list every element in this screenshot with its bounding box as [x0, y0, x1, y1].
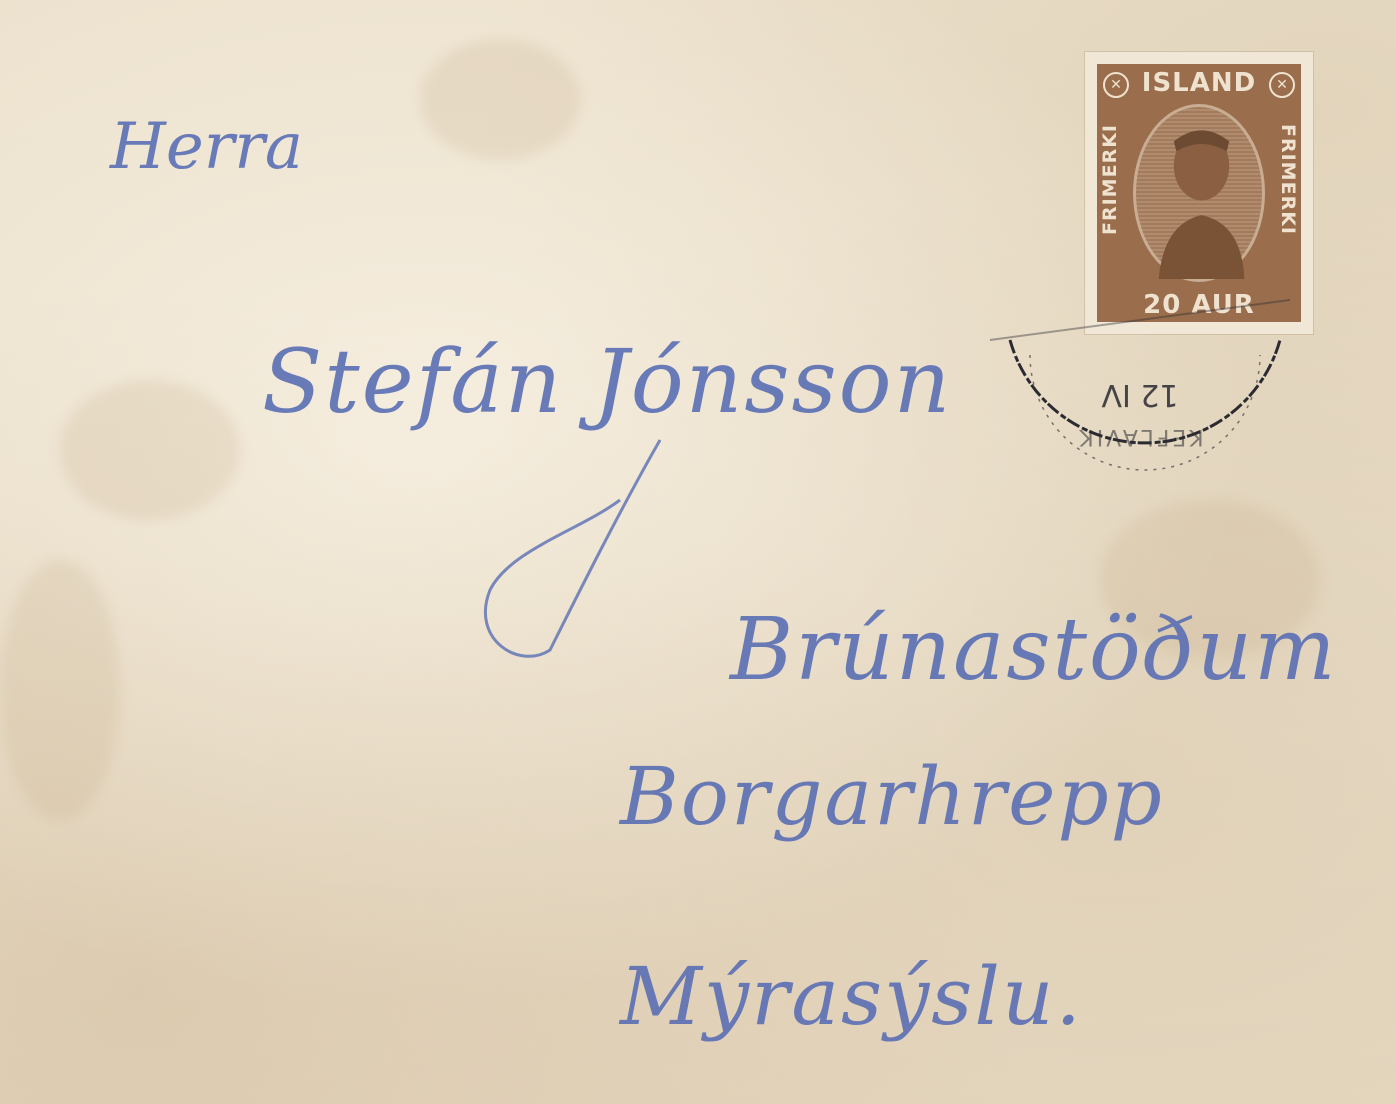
stamp-side-text-left: FRIMERKI — [1099, 124, 1121, 235]
envelope: ✕ ✕ ISLAND FRIMERKI FRIMERKI 20 AUR 12 I… — [0, 0, 1396, 1104]
postmark-cancellation: 12 IV KEFLAVIK — [990, 280, 1290, 500]
address-district: Borgarhrepp — [620, 750, 1164, 843]
postmark-place: KEFLAVIK — [1076, 424, 1203, 449]
postmark-date: 12 IV — [1101, 377, 1179, 412]
portrait-oval — [1133, 104, 1265, 282]
portrait-icon — [1136, 107, 1262, 279]
handwriting-flourish — [460, 420, 720, 660]
recipient-name: Stefán Jónsson — [262, 330, 952, 433]
address-county: Mýrasýslu. — [620, 950, 1083, 1043]
stamp-country: ISLAND — [1097, 68, 1301, 98]
paper-stain — [0, 560, 120, 820]
stamp-side-text-right: FRIMERKI — [1277, 124, 1299, 235]
address-farm: Brúnastöðum — [730, 600, 1338, 700]
paper-stain — [420, 40, 580, 160]
paper-stain — [60, 380, 240, 520]
salutation: Herra — [110, 110, 303, 184]
